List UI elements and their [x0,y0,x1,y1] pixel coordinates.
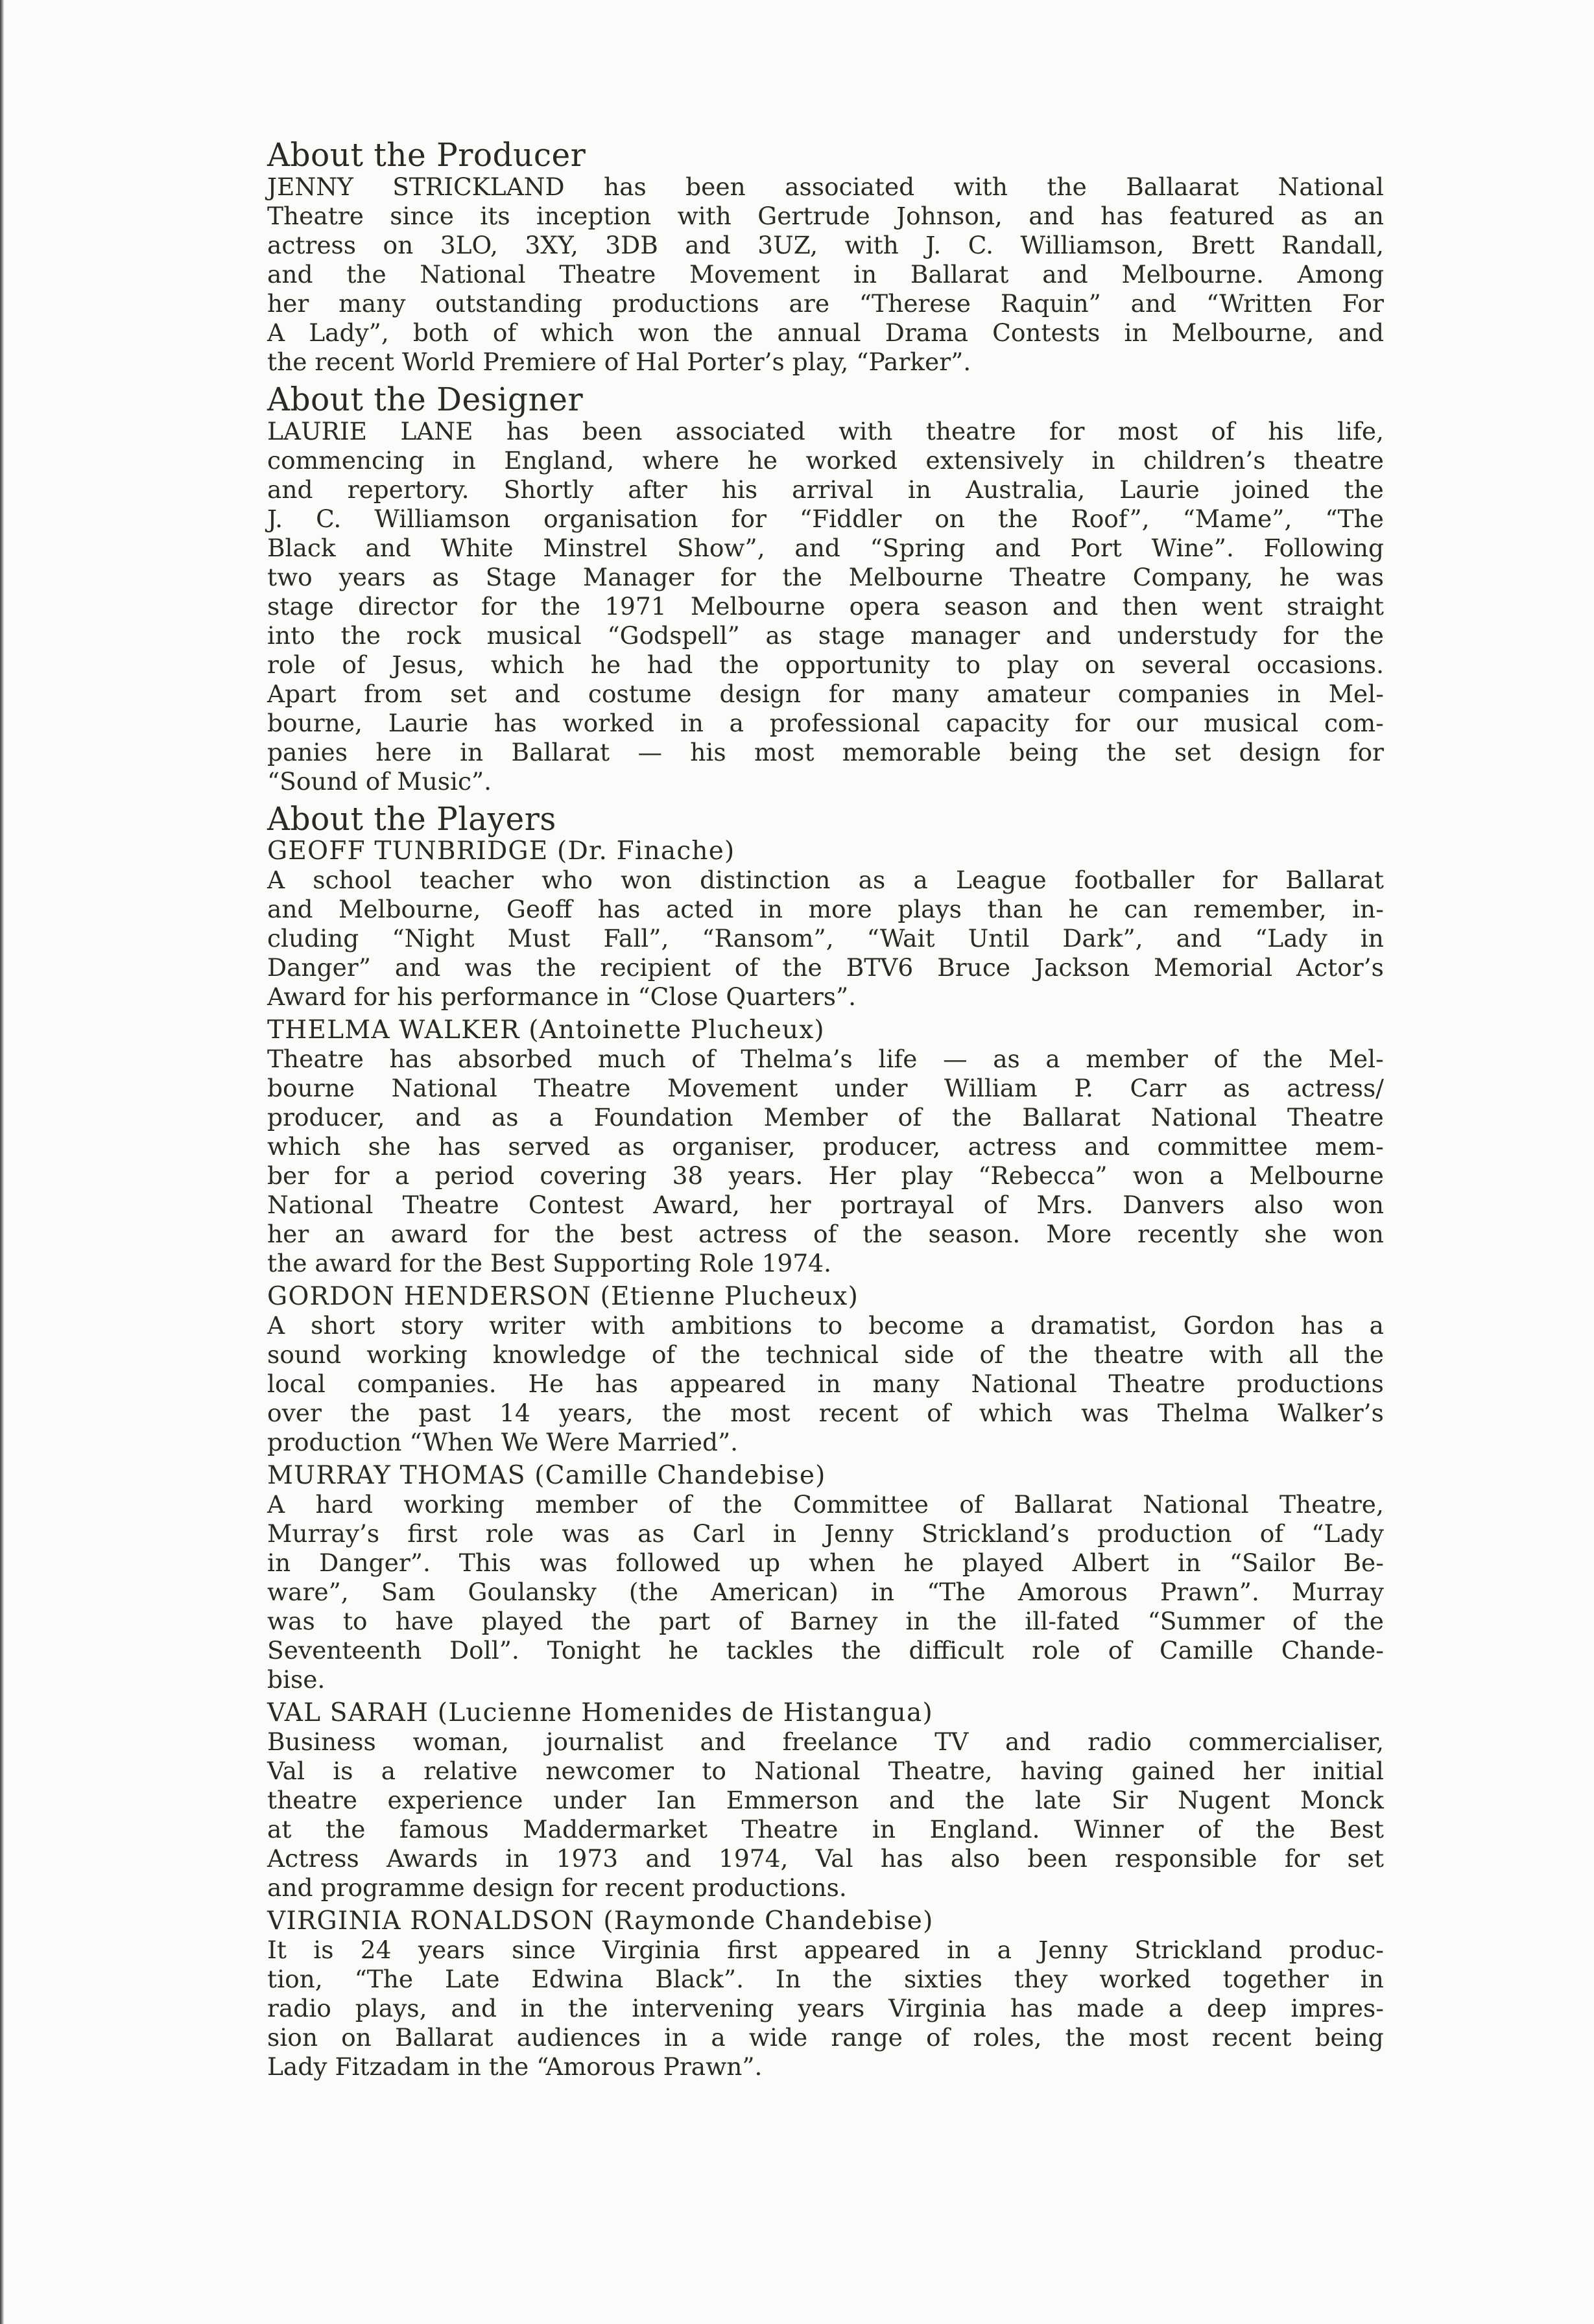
text-line: “SoundofMusic”. [267,767,1384,796]
text-line: andtheNationalTheatreMovementinBallarata… [267,260,1384,289]
section-producer: About the Producer JENNYSTRICKLANDhasbee… [267,137,1384,377]
text-line: andprogrammedesignforrecentproductions. [267,1873,1384,1903]
text-line: producer,andasaFoundationMemberoftheBall… [267,1103,1384,1132]
text-line: JENNYSTRICKLANDhasbeenassociatedwiththeB… [267,172,1384,202]
text-line: Awardforhisperformancein“CloseQuarters”. [267,982,1384,1012]
text-line: inDanger”.ThiswasfollowedupwhenheplayedA… [267,1548,1384,1578]
producer-bio: JENNYSTRICKLANDhasbeenassociatedwiththeB… [267,172,1384,377]
text-line: LAURIELANEhasbeenassociatedwiththeatrefo… [267,417,1384,446]
text-line: therecentWorldPremiereofHalPorter’splay,… [267,348,1384,377]
text-line: Danger”andwastherecipientoftheBTV6BruceJ… [267,953,1384,982]
player-entry: THELMA WALKER (Antoinette Plucheux) Thea… [267,1015,1384,1278]
player-name-role: GEOFF TUNBRIDGE (Dr. Finache) [267,836,1384,866]
text-line: intotherockmusical“Godspell”asstagemanag… [267,621,1384,650]
text-line: theawardfortheBestSupportingRole1974. [267,1249,1384,1278]
text-line: stagedirectorforthe1971Melbourneoperasea… [267,592,1384,621]
text-line: berforaperiodcovering38years.Herplay“Reb… [267,1161,1384,1191]
text-line: soundworkingknowledgeofthetechnicalsideo… [267,1340,1384,1369]
text-line: cluding“NightMustFall”,“Ransom”,“WaitUnt… [267,924,1384,953]
player-bio: AschoolteacherwhowondistinctionasaLeague… [267,866,1384,1012]
section-heading: About the Players [267,801,1350,836]
text-line: hermanyoutstandingproductionsare“Therese… [267,289,1384,318]
player-entry: MURRAY THOMAS (Camille Chandebise) Ahard… [267,1461,1384,1694]
text-line: Businesswoman,journalistandfreelanceTVan… [267,1727,1384,1757]
text-line: production“WhenWeWereMarried”. [267,1428,1384,1457]
scan-page-edge [0,0,4,2324]
player-name-role: VAL SARAH (Lucienne Homenides de Histang… [267,1698,1384,1727]
section-players: About the Players GEOFF TUNBRIDGE (Dr. F… [267,801,1384,2081]
text-line: siononBallarataudiencesinawiderangeofrol… [267,2023,1384,2052]
text-line: panieshereinBallarat—hismostmemorablebei… [267,738,1384,767]
player-bio: Ashortstorywriterwithambitionstobecomead… [267,1311,1384,1457]
text-line: NationalTheatreContestAward,herportrayal… [267,1191,1384,1220]
text-line: localcompanies.HehasappearedinmanyNation… [267,1369,1384,1399]
text-line: twoyearsasStageManagerfortheMelbourneThe… [267,563,1384,592]
text-line: LadyFitzadaminthe“AmorousPrawn”. [267,2052,1384,2081]
player-entry: VIRGINIA RONALDSON (Raymonde Chandebise)… [267,1906,1384,2081]
text-line: atthefamousMaddermarketTheatreinEngland.… [267,1815,1384,1844]
designer-bio: LAURIELANEhasbeenassociatedwiththeatrefo… [267,417,1384,796]
text-line: andrepertory.ShortlyafterhisarrivalinAus… [267,475,1384,504]
text-line: bourne,Lauriehasworkedinaprofessionalcap… [267,709,1384,738]
text-line: TheatrehasabsorbedmuchofThelma’slife—asa… [267,1045,1384,1074]
section-designer: About the Designer LAURIELANEhasbeenasso… [267,382,1384,796]
text-line: tion,“TheLateEdwinaBlack”.Inthesixtiesth… [267,1965,1384,1994]
player-entry: VAL SARAH (Lucienne Homenides de Histang… [267,1698,1384,1903]
text-line: radioplays,andintheinterveningyearsVirgi… [267,1994,1384,2023]
player-entry: GORDON HENDERSON (Etienne Plucheux) Asho… [267,1282,1384,1457]
text-line: Apartfromsetandcostumedesignformanyamate… [267,680,1384,709]
text-line: bourneNationalTheatreMovementunderWillia… [267,1074,1384,1103]
text-line: SeventeenthDoll”.Tonighthetacklesthediff… [267,1636,1384,1665]
section-heading: About the Designer [267,382,1350,417]
text-line: ActressAwardsin1973and1974,Valhasalsobee… [267,1844,1384,1873]
text-line: AschoolteacherwhowondistinctionasaLeague… [267,866,1384,895]
text-line: theatreexperienceunderIanEmmersonandthel… [267,1786,1384,1815]
programme-page: About the Producer JENNYSTRICKLANDhasbee… [267,137,1384,2087]
text-line: Murray’sfirstrolewasasCarlinJennyStrickl… [267,1519,1384,1548]
text-line: BlackandWhiteMinstrelShow”,and“Springand… [267,534,1384,563]
text-line: andMelbourne,Geoffhasactedinmoreplaystha… [267,895,1384,924]
player-bio: AhardworkingmemberoftheCommitteeofBallar… [267,1490,1384,1694]
player-name-role: GORDON HENDERSON (Etienne Plucheux) [267,1282,1384,1311]
player-name-role: THELMA WALKER (Antoinette Plucheux) [267,1015,1384,1045]
text-line: ware”,SamGoulansky(theAmerican)in“TheAmo… [267,1578,1384,1607]
text-line: wastohaveplayedthepartofBarneyintheill-f… [267,1607,1384,1636]
text-line: commencinginEngland,whereheworkedextensi… [267,446,1384,475]
player-bio: Itis24yearssinceVirginiafirstappearedina… [267,1936,1384,2081]
player-bio: TheatrehasabsorbedmuchofThelma’slife—asa… [267,1045,1384,1278]
text-line: Ashortstorywriterwithambitionstobecomead… [267,1311,1384,1340]
player-name-role: VIRGINIA RONALDSON (Raymonde Chandebise) [267,1906,1384,1936]
text-line: overthepast14years,themostrecentofwhichw… [267,1399,1384,1428]
text-line: TheatresinceitsinceptionwithGertrudeJohn… [267,202,1384,231]
text-line: AhardworkingmemberoftheCommitteeofBallar… [267,1490,1384,1519]
text-line: Itis24yearssinceVirginiafirstappearedina… [267,1936,1384,1965]
text-line: roleofJesus,whichhehadtheopportunitytopl… [267,650,1384,680]
text-line: J.C.Williamsonorganisationfor“Fiddleront… [267,504,1384,534]
player-bio: Businesswoman,journalistandfreelanceTVan… [267,1727,1384,1903]
text-line: ValisarelativenewcomertoNationalTheatre,… [267,1757,1384,1786]
text-line: bise. [267,1665,1384,1694]
section-heading: About the Producer [267,137,1350,172]
player-name-role: MURRAY THOMAS (Camille Chandebise) [267,1461,1384,1490]
text-line: heranawardforthebestactressoftheseason.M… [267,1220,1384,1249]
text-line: actresson3LO,3XY,3DBand3UZ,withJ.C.Willi… [267,231,1384,260]
player-entry: GEOFF TUNBRIDGE (Dr. Finache) Aschooltea… [267,836,1384,1012]
text-line: ALady”,bothofwhichwontheannualDramaConte… [267,318,1384,348]
text-line: whichshehasservedasorganiser,producer,ac… [267,1132,1384,1161]
